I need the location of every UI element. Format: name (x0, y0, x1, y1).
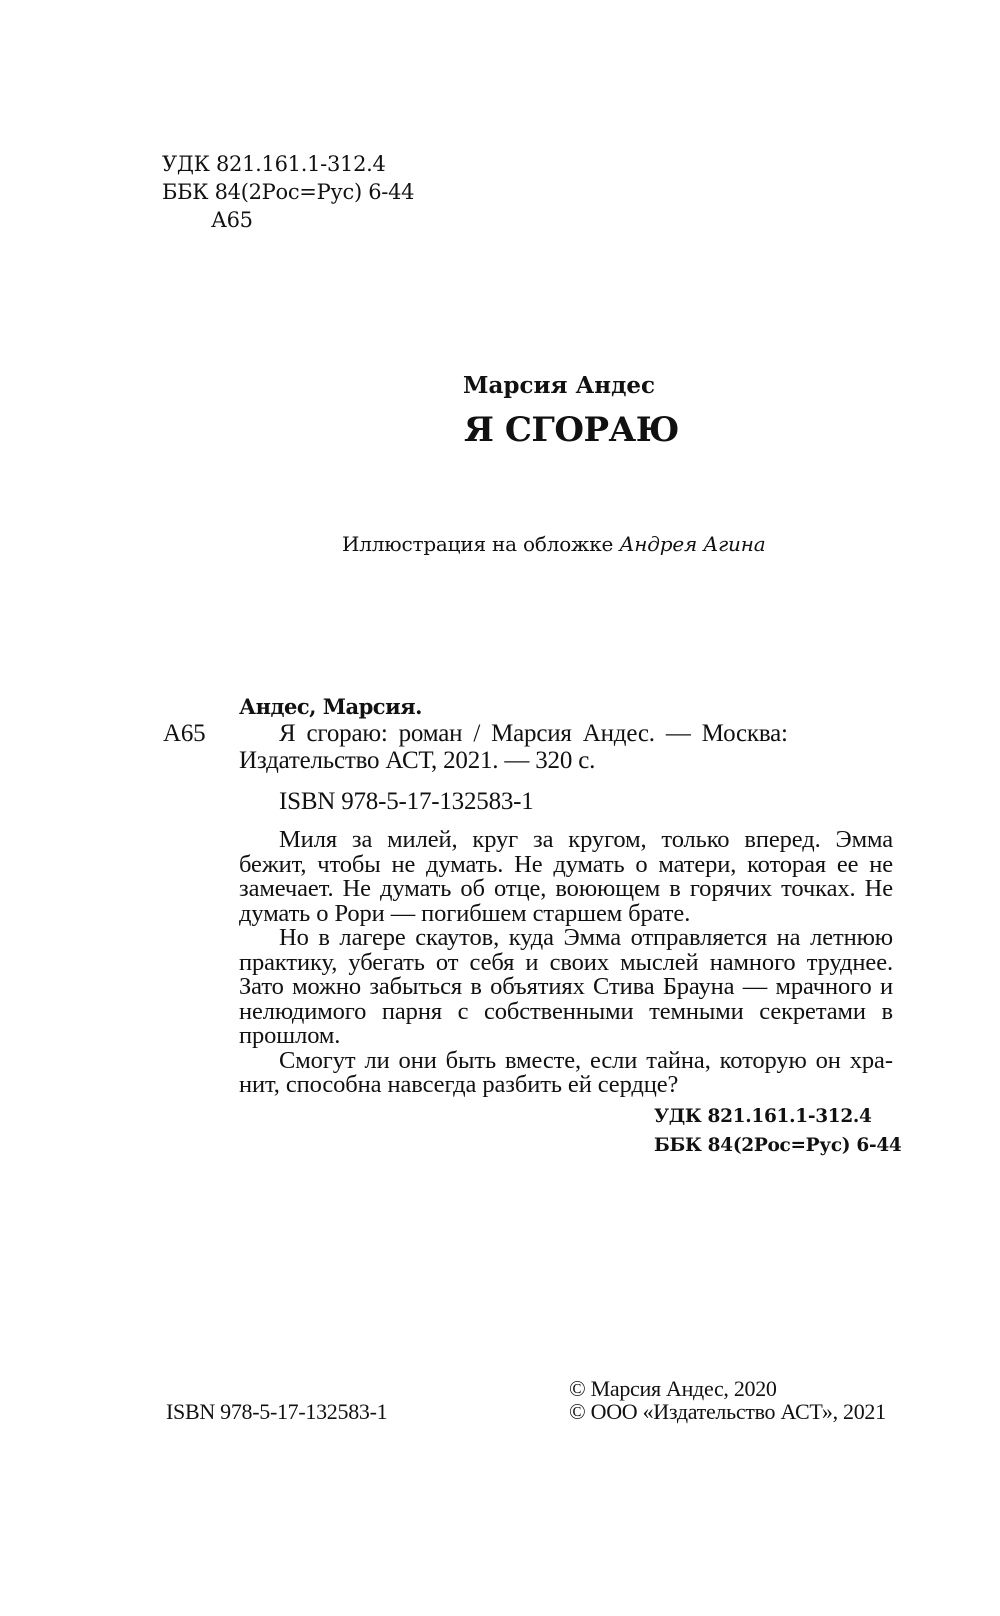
annotation-paragraph: Миля за милей, круг за кругом, только вп… (239, 828, 893, 926)
illustration-prefix: Иллюстрация на обложке (342, 532, 619, 556)
annotation-paragraph: Смогут ли они быть вместе, если тайна, к… (239, 1049, 893, 1098)
bbk-bottom: ББК 84(2Рос=Рус) 6-44 (654, 1135, 901, 1156)
author-mark-top: А65 (211, 206, 253, 234)
annotation-paragraph: Но в лагере скаутов, куда Эмма отправляе… (239, 926, 893, 1049)
illustration-artist: Андрея Агина (619, 532, 765, 556)
bib-line-1: Я сгораю: роман / Марсия Андес. — Москва… (279, 720, 788, 748)
footer-isbn: ISBN 978-5-17-132583-1 (166, 1399, 387, 1425)
annotation: Миля за милей, круг за кругом, только вп… (239, 828, 893, 1098)
udk-bottom: УДК 821.161.1-312.4 (654, 1106, 872, 1127)
bib-line-2: Издательство АСТ, 2021. — 320 с. (239, 747, 595, 775)
bbk-top: ББК 84(2Рос=Рус) 6-44 (162, 178, 414, 206)
bib-heading: Андес, Марсия. (239, 694, 422, 719)
bib-isbn: ISBN 978-5-17-132583-1 (279, 788, 534, 816)
bib-author-mark: А65 (163, 720, 205, 748)
copyright-publisher: © ООО «Издательство АСТ», 2021 (569, 1399, 886, 1425)
book-title: Я СГОРАЮ (464, 410, 679, 450)
udk-top: УДК 821.161.1-312.4 (162, 150, 386, 178)
book-author: Марсия Андес (463, 372, 655, 399)
illustration-credit: Иллюстрация на обложке Андрея Агина (342, 532, 765, 556)
